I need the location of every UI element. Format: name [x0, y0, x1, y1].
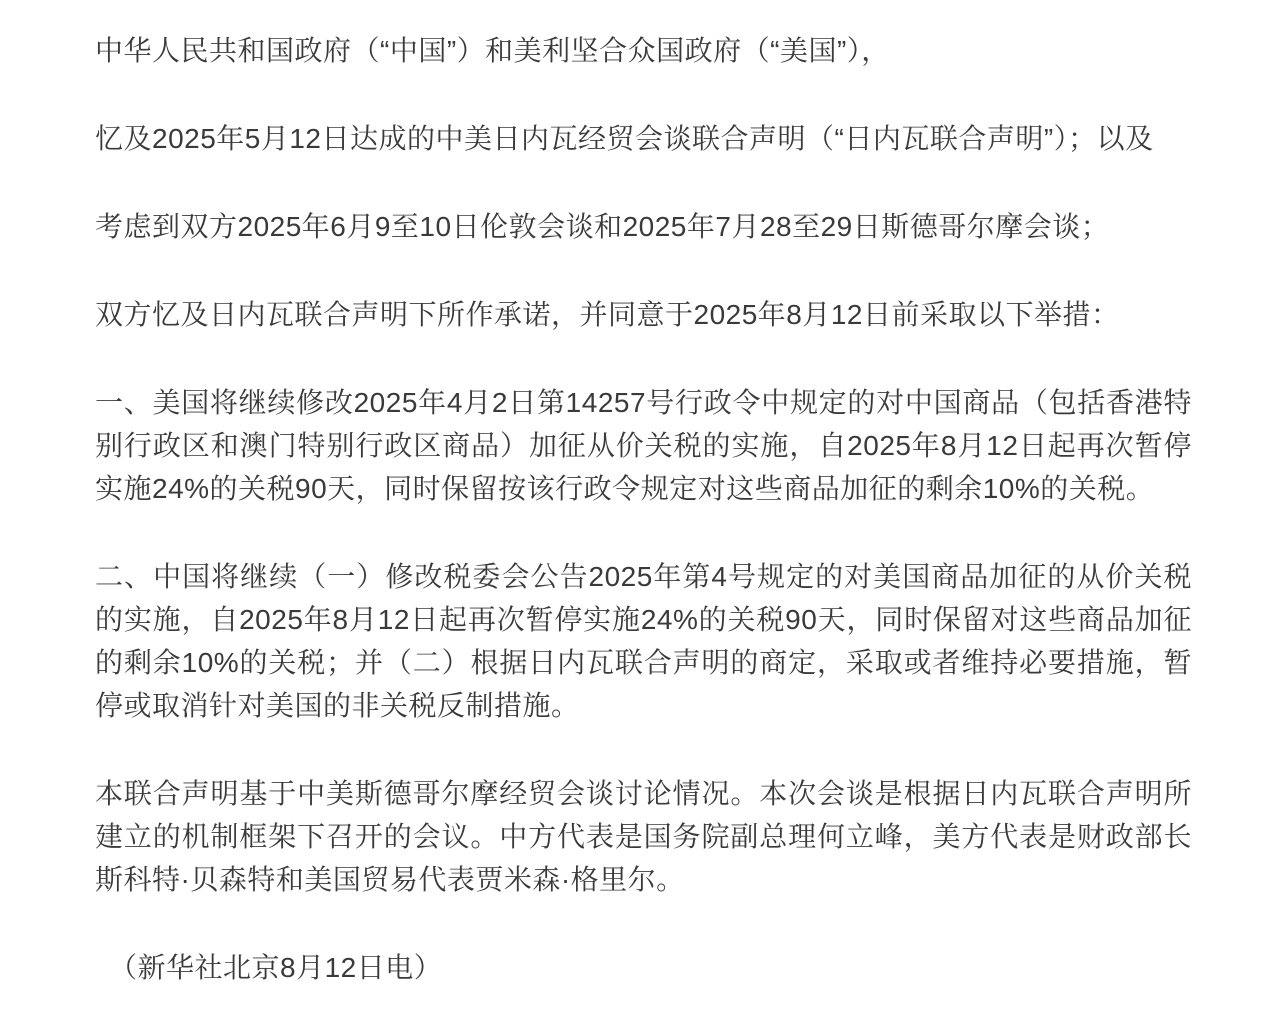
paragraph-xinhua-dateline: （新华社北京8月12日电）: [95, 946, 1192, 989]
paragraph-considering-talks: 考虑到双方2025年6月9至10日伦敦会谈和2025年7月28至29日斯德哥尔摩…: [95, 205, 1192, 248]
paragraph-item-one-us-measures: 一、美国将继续修改2025年4月2日第14257号行政令中规定的对中国商品（包括…: [95, 381, 1192, 510]
paragraph-commitments: 双方忆及日内瓦联合声明下所作承诺，并同意于2025年8月12日前采取以下举措：: [95, 293, 1192, 336]
paragraph-item-two-china-measures: 二、中国将继续（一）修改税委会公告2025年第4号规定的对美国商品加征的从价关税…: [95, 555, 1192, 727]
paragraph-recall-geneva: 忆及2025年5月12日达成的中美日内瓦经贸会谈联合声明（“日内瓦联合声明”）；…: [95, 117, 1192, 160]
document-body: 中华人民共和国政府（“中国”）和美利坚合众国政府（“美国”）， 忆及2025年5…: [0, 0, 1280, 1014]
paragraph-preamble: 中华人民共和国政府（“中国”）和美利坚合众国政府（“美国”），: [95, 29, 1192, 72]
paragraph-basis-and-representatives: 本联合声明基于中美斯德哥尔摩经贸会谈讨论情况。本次会谈是根据日内瓦联合声明所建立…: [95, 772, 1192, 901]
